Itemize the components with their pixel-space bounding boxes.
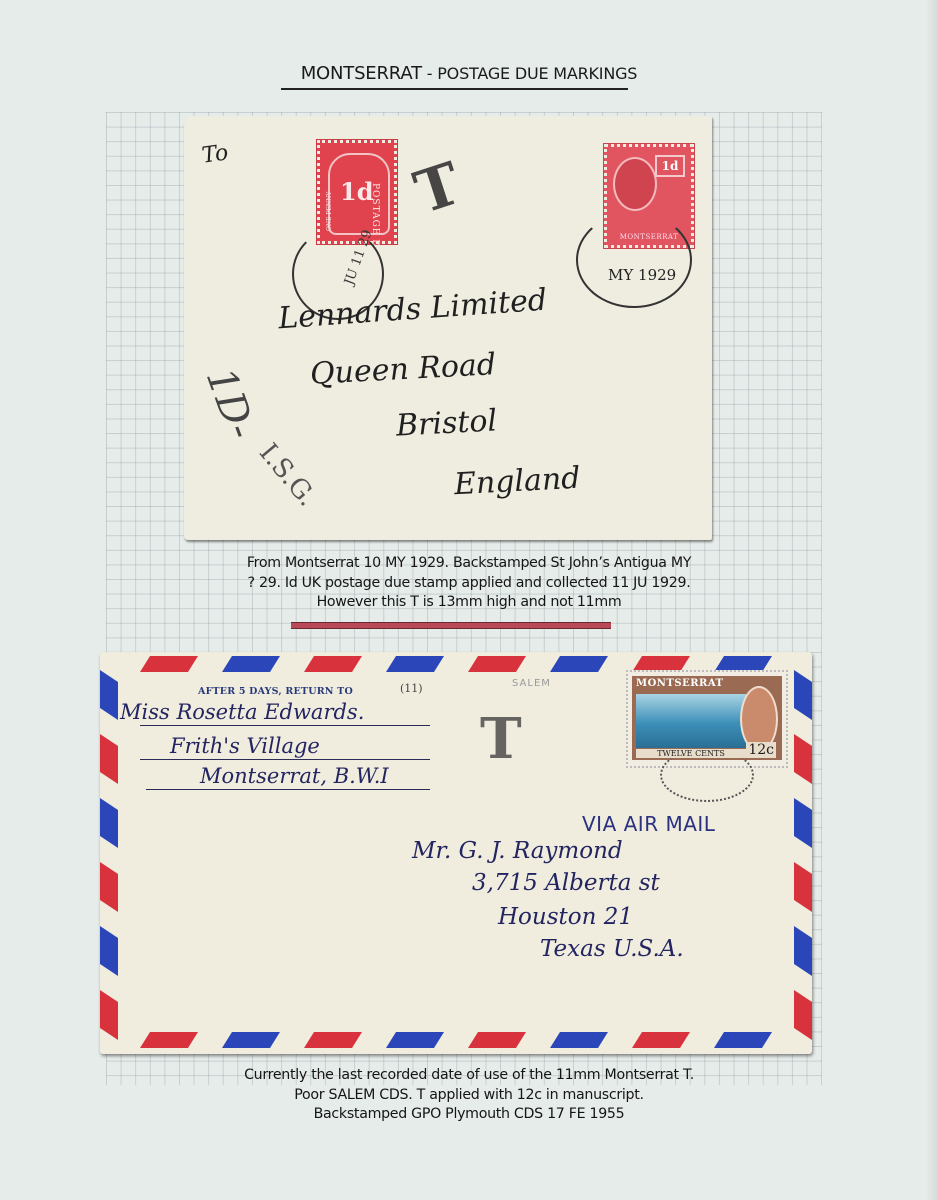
postmark-right-icon — [576, 212, 692, 308]
stamp-value: 12c — [746, 742, 776, 758]
cover-1929: To 1d POSTAGE DUE ONE PENNY T JU 11 29 1… — [184, 116, 712, 540]
initials-marking: I.S.G. — [253, 438, 322, 512]
postage-due-value: 1d — [340, 177, 373, 206]
cover-1929-caption: From Montserrat 10 MY 1929. Backstamped … — [0, 554, 938, 613]
airmail-border-left — [100, 652, 118, 1054]
address-line-3: Houston 21 — [498, 904, 633, 930]
cover-1955-caption: Currently the last recorded date of use … — [0, 1066, 938, 1125]
title-sub: POSTAGE DUE MARKINGS — [437, 64, 637, 83]
stamp-country: MONTSERRAT — [636, 678, 744, 692]
tax-mark-t: T — [407, 149, 469, 227]
caption-line: Backstamped GPO Plymouth CDS 17 FE 1955 — [0, 1105, 938, 1125]
caption-line: ? 29. Id UK postage due stamp applied an… — [0, 574, 938, 594]
address-line-4: Texas U.S.A. — [540, 936, 684, 962]
return-rule — [140, 759, 430, 760]
title-main: MONTSERRAT — [301, 63, 422, 84]
caption-line: Poor SALEM CDS. T applied with 12c in ma… — [0, 1086, 938, 1106]
return-address-line-2: Frith's Village — [170, 734, 320, 758]
return-rule — [140, 725, 430, 726]
return-rule — [146, 789, 430, 790]
tax-mark-t: T — [480, 706, 522, 772]
via-airmail-label: VIA AIR MAIL — [582, 812, 715, 836]
landscape-vignette-icon — [636, 694, 746, 748]
address-line-3: Bristol — [395, 403, 498, 443]
count-note: (11) — [400, 682, 423, 695]
postage-due-denomination: ONE PENNY — [326, 192, 333, 231]
return-address-line-1: Miss Rosetta Edwards. — [120, 700, 364, 724]
charge-marking: 1D- — [197, 362, 265, 445]
postmark-right-text: MY 1929 — [608, 266, 676, 284]
cover-1955-airmail: AFTER 5 DAYS, RETURN TO (11) Miss Rosett… — [100, 652, 812, 1054]
page-title: MONTSERRAT - POSTAGE DUE MARKINGS — [0, 63, 938, 84]
address-line-2: Queen Road — [309, 347, 497, 392]
return-address-line-3: Montserrat, B.W.I — [200, 764, 389, 788]
montserrat-stamp-value: 1d — [655, 155, 685, 177]
salem-postmark-icon — [660, 748, 754, 802]
title-underline — [281, 88, 628, 90]
section-divider — [291, 622, 611, 629]
pencil-note: SALEM — [512, 678, 551, 689]
address-line-2: 3,715 Alberta st — [472, 870, 660, 896]
return-label: AFTER 5 DAYS, RETURN TO — [198, 686, 353, 697]
airmail-border-bottom — [100, 1032, 812, 1048]
airmail-border-right — [794, 652, 812, 1054]
address-line-1: Mr. G. J. Raymond — [412, 838, 623, 864]
caption-line: From Montserrat 10 MY 1929. Backstamped … — [0, 554, 938, 574]
address-line-4: England — [453, 461, 581, 503]
caption-line: Currently the last recorded date of use … — [0, 1066, 938, 1086]
handwritten-to: To — [200, 140, 229, 168]
caption-line: However this T is 13mm high and not 11mm — [0, 593, 938, 613]
title-separator: - — [422, 64, 437, 83]
king-portrait-icon — [613, 157, 657, 211]
